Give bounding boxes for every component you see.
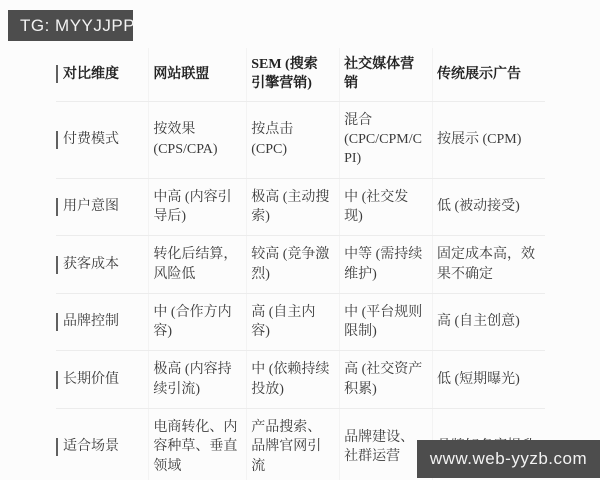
row-label: 长期价值 [56, 351, 149, 409]
table-header: 对比维度 网站联盟 SEM (搜索引擎营销) 社交媒体营销 传统展示广告 [56, 48, 545, 101]
table-cell: 中高 (内容引导后) [149, 178, 247, 236]
column-header-affiliate: 网站联盟 [149, 48, 247, 101]
table-cell: 极高 (主动搜索) [247, 178, 340, 236]
row-label: 用户意图 [56, 178, 149, 236]
table-cell: 混合 (CPC/CPM/CPI) [340, 101, 433, 178]
table-cell: 中 (社交发现) [340, 178, 433, 236]
column-header-display: 传统展示广告 [433, 48, 545, 101]
row-label: 适合场景 [56, 409, 149, 480]
table-cell: 低 (被动接受) [433, 178, 545, 236]
table-cell: 按效果 (CPS/CPA) [149, 101, 247, 178]
table-row-payment-model: 付费模式 按效果 (CPS/CPA) 按点击 (CPC) 混合 (CPC/CPM… [56, 101, 545, 178]
table-row-user-intent: 用户意图 中高 (内容引导后) 极高 (主动搜索) 中 (社交发现) 低 (被动… [56, 178, 545, 236]
column-header-dimension: 对比维度 [56, 48, 149, 101]
table-cell: 中 (依赖持续投放) [247, 351, 340, 409]
table-row-long-term-value: 长期价值 极高 (内容持续引流) 中 (依赖持续投放) 高 (社交资产积累) 低… [56, 351, 545, 409]
table-cell: 中 (平台规则限制) [340, 293, 433, 351]
comparison-table: 对比维度 网站联盟 SEM (搜索引擎营销) 社交媒体营销 传统展示广告 付费模… [56, 48, 545, 480]
table-cell: 固定成本高，效果不确定 [433, 236, 545, 294]
table-cell: 转化后结算，风险低 [149, 236, 247, 294]
table-row-acquisition-cost: 获客成本 转化后结算，风险低 较高 (竞争激烈) 中等 (需持续维护) 固定成本… [56, 236, 545, 294]
page: TG: MYYJJPP 对比维度 网站联盟 SEM (搜索引擎营销) 社交媒体营… [0, 0, 600, 480]
table-cell: 按展示 (CPM) [433, 101, 545, 178]
table-cell: 高 (社交资产积累) [340, 351, 433, 409]
table-cell: 产品搜索、品牌官网引流 [247, 409, 340, 480]
table-cell: 低 (短期曝光) [433, 351, 545, 409]
table-cell: 电商转化、内容种草、垂直领域 [149, 409, 247, 480]
table-cell: 较高 (竞争激烈) [247, 236, 340, 294]
row-label: 获客成本 [56, 236, 149, 294]
table-cell: 按点击 (CPC) [247, 101, 340, 178]
table-cell: 中等 (需持续维护) [340, 236, 433, 294]
website-watermark: www.web-yyzb.com [417, 440, 600, 478]
table-header-row: 对比维度 网站联盟 SEM (搜索引擎营销) 社交媒体营销 传统展示广告 [56, 48, 545, 101]
table-cell: 中 (合作方内容) [149, 293, 247, 351]
column-header-sem: SEM (搜索引擎营销) [247, 48, 340, 101]
row-label: 品牌控制 [56, 293, 149, 351]
table-body: 付费模式 按效果 (CPS/CPA) 按点击 (CPC) 混合 (CPC/CPM… [56, 101, 545, 480]
row-label: 付费模式 [56, 101, 149, 178]
telegram-watermark: TG: MYYJJPP [8, 10, 133, 41]
table-row-brand-control: 品牌控制 中 (合作方内容) 高 (自主内容) 中 (平台规则限制) 高 (自主… [56, 293, 545, 351]
column-header-social: 社交媒体营销 [340, 48, 433, 101]
table-cell: 极高 (内容持续引流) [149, 351, 247, 409]
comparison-table-container: 对比维度 网站联盟 SEM (搜索引擎营销) 社交媒体营销 传统展示广告 付费模… [56, 48, 545, 480]
table-cell: 高 (自主内容) [247, 293, 340, 351]
table-cell: 高 (自主创意) [433, 293, 545, 351]
